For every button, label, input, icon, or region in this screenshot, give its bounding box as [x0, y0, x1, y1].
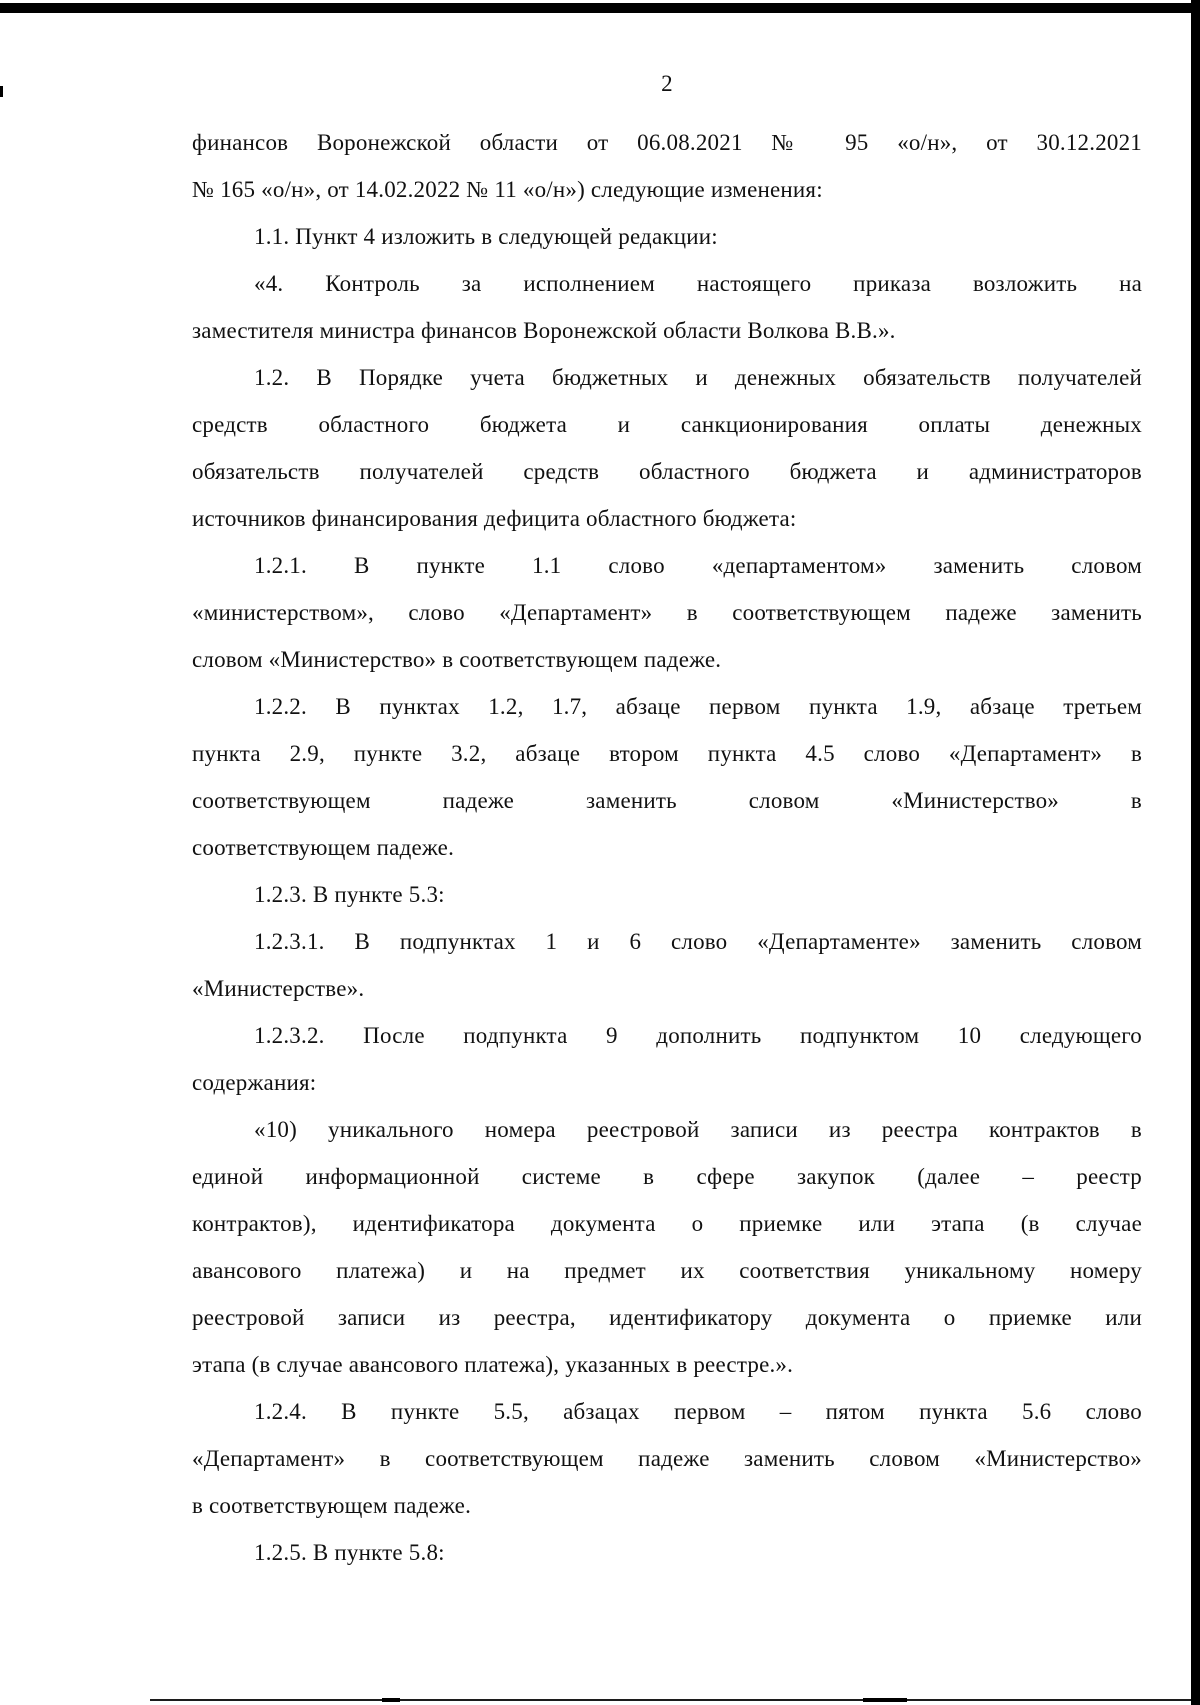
text-line: контрактов), идентификатора документа о …	[192, 1200, 1142, 1247]
paragraph: 1.2.2. В пунктах 1.2, 1.7, абзаце первом…	[192, 683, 1142, 871]
scan-edge-top	[0, 3, 1200, 13]
text-line: 1.2.4. В пункте 5.5, абзацах первом – пя…	[192, 1388, 1142, 1435]
text-line: «министерством», слово «Департамент» в с…	[192, 589, 1142, 636]
paragraph: 1.2.5. В пункте 5.8:	[192, 1529, 1142, 1576]
text-line: этапа (в случае авансового платежа), ука…	[192, 1341, 1142, 1388]
scan-noise-speck	[0, 86, 3, 97]
text-line: реестровой записи из реестра, идентифика…	[192, 1294, 1142, 1341]
text-line: 1.2.2. В пунктах 1.2, 1.7, абзаце первом…	[192, 683, 1142, 730]
paragraph: 1.2.3. В пункте 5.3:	[192, 871, 1142, 918]
scanned-document-page: 2 финансов Воронежской области от 06.08.…	[0, 0, 1200, 1705]
page-number: 2	[192, 70, 1142, 98]
text-line: в соответствующем падеже.	[192, 1482, 1142, 1529]
paragraph: 1.2.3.2. После подпункта 9 дополнить под…	[192, 1012, 1142, 1106]
paragraph: 1.2.1. В пункте 1.1 слово «департаментом…	[192, 542, 1142, 683]
text-line: единой информационной системе в сфере за…	[192, 1153, 1142, 1200]
scan-noise-speck	[382, 1698, 400, 1702]
paragraph: 1.2.4. В пункте 5.5, абзацах первом – пя…	[192, 1388, 1142, 1529]
text-line: средств областного бюджета и санкциониро…	[192, 401, 1142, 448]
paragraph: финансов Воронежской области от 06.08.20…	[192, 119, 1142, 213]
paragraph: «4. Контроль за исполнением настоящего п…	[192, 260, 1142, 354]
text-line: 1.2.3.1. В подпунктах 1 и 6 слово «Депар…	[192, 918, 1142, 965]
paragraph: 1.2.3.1. В подпунктах 1 и 6 слово «Депар…	[192, 918, 1142, 1012]
paragraph: «10) уникального номера реестровой запис…	[192, 1106, 1142, 1388]
text-line: источников финансирования дефицита облас…	[192, 495, 1142, 542]
text-line: 1.2.5. В пункте 5.8:	[192, 1529, 1142, 1576]
text-line: пункта 2.9, пункте 3.2, абзаце втором пу…	[192, 730, 1142, 777]
text-line: «Министерстве».	[192, 965, 1142, 1012]
text-line: 1.2.3.2. После подпункта 9 дополнить под…	[192, 1012, 1142, 1059]
text-line: 1.1. Пункт 4 изложить в следующей редакц…	[192, 213, 1142, 260]
scan-edge-right	[1191, 0, 1200, 1705]
scan-noise-speck	[863, 1698, 907, 1702]
text-line: «4. Контроль за исполнением настоящего п…	[192, 260, 1142, 307]
text-line: 1.2.3. В пункте 5.3:	[192, 871, 1142, 918]
paragraph: 1.2. В Порядке учета бюджетных и денежны…	[192, 354, 1142, 542]
text-line: заместителя министра финансов Воронежско…	[192, 307, 1142, 354]
text-line: 1.2. В Порядке учета бюджетных и денежны…	[192, 354, 1142, 401]
text-block: 2 финансов Воронежской области от 06.08.…	[192, 70, 1142, 1576]
text-line: финансов Воронежской области от 06.08.20…	[192, 119, 1142, 166]
text-line: авансового платежа) и на предмет их соот…	[192, 1247, 1142, 1294]
paragraph: 1.1. Пункт 4 изложить в следующей редакц…	[192, 213, 1142, 260]
text-line: обязательств получателей средств областн…	[192, 448, 1142, 495]
text-line: «10) уникального номера реестровой запис…	[192, 1106, 1142, 1153]
text-line: словом «Министерство» в соответствующем …	[192, 636, 1142, 683]
text-line: соответствующем падеже заменить словом «…	[192, 777, 1142, 824]
scan-edge-bottom-line	[150, 1699, 1191, 1701]
document-body: финансов Воронежской области от 06.08.20…	[192, 119, 1142, 1576]
text-line: № 165 «о/н», от 14.02.2022 № 11 «о/н») с…	[192, 166, 1142, 213]
text-line: соответствующем падеже.	[192, 824, 1142, 871]
text-line: 1.2.1. В пункте 1.1 слово «департаментом…	[192, 542, 1142, 589]
text-line: содержания:	[192, 1059, 1142, 1106]
text-line: «Департамент» в соответствующем падеже з…	[192, 1435, 1142, 1482]
